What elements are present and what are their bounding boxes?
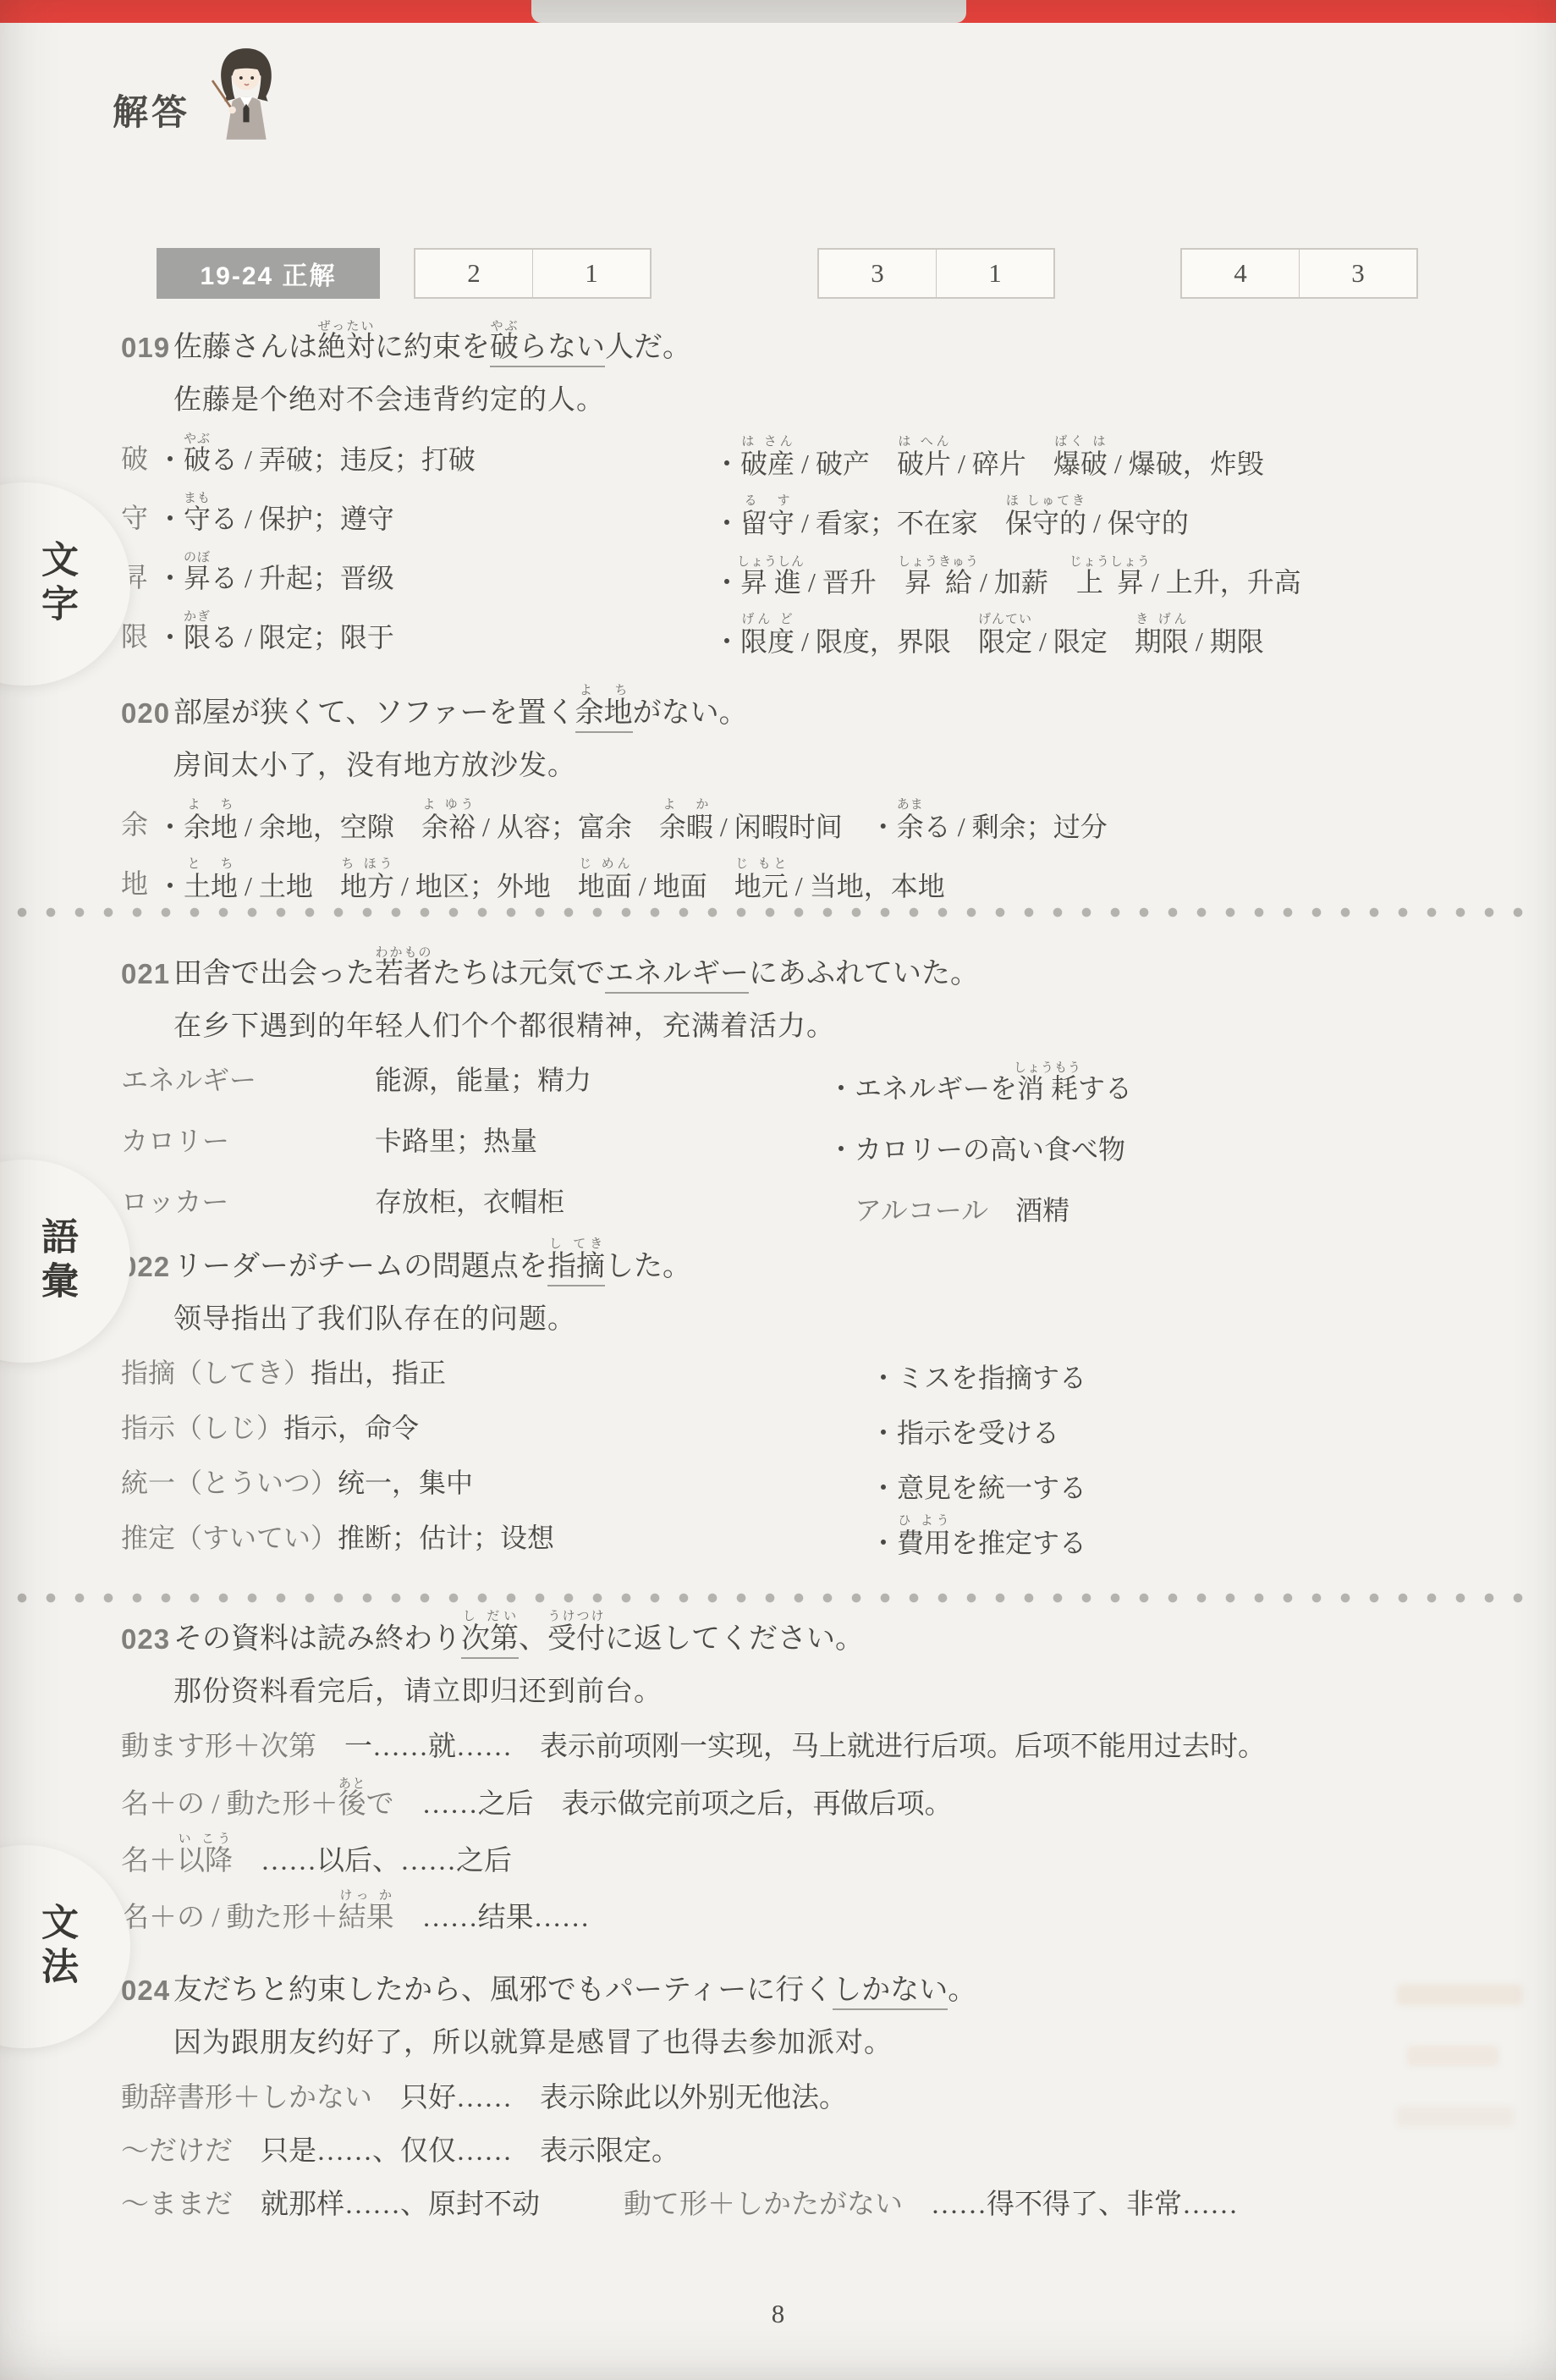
- kanji-row-left: ・昇のぼる / 升起；晋级: [157, 551, 394, 596]
- kanji-row-right: ・限度げん ど / 限度，界限 限定げんてい / 限定 期限き げん / 期限: [713, 613, 1264, 659]
- vocab-meaning: 存放柜，衣帽柜: [375, 1181, 564, 1220]
- side-tab-bunpo: 文法: [0, 1845, 135, 2048]
- vocab-rows: エネルギー 能源，能量；精力 ・エネルギーを消耗しょうもうする カロリー 卡路里…: [121, 1059, 1526, 1228]
- question-sentence: 020 部屋が狭くて、ソファーを置く余地よ ちがない。: [121, 684, 1526, 730]
- question-number: 021: [121, 958, 173, 990]
- vocab-example: アルコール 酒精: [827, 1189, 1069, 1228]
- answer-box-group-1: 2 1: [414, 248, 652, 299]
- answer-cell-21: 3: [819, 250, 936, 297]
- vocab-word: ロッカー: [121, 1181, 368, 1220]
- vocab-row: エネルギー 能源，能量；精力 ・エネルギーを消耗しょうもうする: [121, 1059, 1526, 1106]
- dotted-separator: [17, 1593, 1539, 1603]
- grammar-row: 動辞書形＋しかない 只好…… 表示除此以外别无他法。: [121, 2075, 1526, 2118]
- vocab-rows: 指摘（してき）指出，指正 ・ミスを指摘する 指示（しじ）指示，命令 ・指示を受け…: [121, 1352, 1526, 1561]
- question-number: 020: [121, 697, 173, 730]
- vocab-example: ・指示を受ける: [870, 1412, 1059, 1451]
- side-tab-moji: 文字: [0, 482, 135, 686]
- question-number: 023: [121, 1623, 173, 1656]
- question-block-020: 020 部屋が狭くて、ソファーを置く余地よ ちがない。 房间太小了，没有地方放沙…: [121, 684, 1526, 917]
- japanese-sentence: 友だちと約束したから、風邪でもパーティーに行くしかない。: [173, 1974, 976, 2007]
- question-sentence: 023 その資料は読み終わり次第し だい、受付うけつけに返してください。: [121, 1610, 1526, 1656]
- side-tab-label: 文字: [29, 540, 83, 628]
- vocab-word-meaning: 統一（とういつ）统一，集中: [121, 1468, 473, 1498]
- vocab-example: ・意見を統一する: [870, 1467, 1086, 1506]
- question-block-022: 022 リーダーがチームの問題点を指摘し てきした。 领导指出了我们队存在的问题…: [121, 1237, 1526, 1572]
- grammar-row: 動ます形＋次第 一……就…… 表示前项刚一实现，马上就进行后项。后项不能用过去时…: [121, 1724, 1526, 1766]
- vocab-example: ・カロリーの高い食べ物: [827, 1128, 1125, 1167]
- answer-cell-23: 4: [1182, 250, 1299, 297]
- chinese-translation: 领导指出了我们队存在的问题。: [173, 1297, 1526, 1336]
- grammar-row: 名＋の / 動た形＋結果けっ か ……结果……: [121, 1889, 1526, 1935]
- vocab-word: エネルギー: [121, 1059, 368, 1098]
- question-sentence: 024 友だちと約束したから、風邪でもパーティーに行くしかない。: [121, 1974, 1526, 2007]
- kanji-row: 破 ・破やぶる / 弄破；违反；打破 ・破産は さん / 破产 破片は へん /…: [121, 432, 1526, 482]
- answer-cell-20: 1: [532, 250, 650, 297]
- grammar-row: 名＋の / 動た形＋後あとで ……之后 表示做完前项之后，再做后项。: [121, 1777, 1526, 1821]
- japanese-sentence: その資料は読み終わり次第し だい、受付うけつけに返してください。: [173, 1610, 864, 1656]
- vocab-row: 統一（とういつ）统一，集中 ・意見を統一する: [121, 1462, 1526, 1506]
- grammar-row: 名＋以降い こう ……以后、……之后: [121, 1832, 1526, 1878]
- dotted-separator: [17, 907, 1539, 917]
- top-band-notch: [531, 0, 966, 23]
- vocab-row: 推定（すいてい）推断；估计；设想 ・費用ひ ようを推定する: [121, 1517, 1526, 1561]
- answer-key-row: 19-24 正解 2 1 3 1 4 3: [157, 248, 1418, 299]
- chinese-translation: 佐藤是个绝对不会违背约定的人。: [173, 377, 1526, 417]
- teacher-girl-illustration: [202, 44, 290, 144]
- question-block-023: 023 その資料は読み終わり次第し だい、受付うけつけに返してください。 那份资…: [121, 1610, 1526, 1946]
- kanji-explanation-rows: 余 ・余地よ ち / 余地，空隙 余裕よ ゆう / 从容；富余 余暇よ か / …: [121, 798, 1526, 906]
- vocab-row: 指摘（してき）指出，指正 ・ミスを指摘する: [121, 1352, 1526, 1396]
- side-tab-goi: 語彙: [0, 1160, 135, 1363]
- grammar-rows: 動ます形＋次第 一……就…… 表示前项刚一实现，马上就进行后项。后项不能用过去时…: [121, 1724, 1526, 1935]
- answer-box-group-2: 3 1: [817, 248, 1055, 299]
- side-tab-label: 語彙: [29, 1217, 83, 1305]
- top-red-band: [0, 0, 1556, 23]
- kanji-explanation-rows: 破 ・破やぶる / 弄破；违反；打破 ・破産は さん / 破产 破片は へん /…: [121, 432, 1526, 659]
- vocab-meaning: 能源，能量；精力: [375, 1059, 591, 1098]
- answer-cell-19: 2: [415, 250, 532, 297]
- grammar-row: ～ままだ 就那样……、原封不动 動て形＋しかたがない ……得不得了、非常……: [121, 2182, 1526, 2224]
- kanji-row-left: ・守まもる / 保护；遵守: [157, 492, 394, 537]
- japanese-sentence: 部屋が狭くて、ソファーを置く余地よ ちがない。: [173, 684, 748, 730]
- chinese-translation: 因为跟朋友约好了，所以就算是感冒了也得去参加派对。: [173, 2020, 1526, 2060]
- question-sentence: 019 佐藤さんは絶対ぜったいに約束を破やぶらない人だ。: [121, 320, 1526, 364]
- kanji-label: 地: [121, 862, 148, 901]
- vocab-word: カロリー: [121, 1120, 368, 1159]
- question-block-021: 021 田舎で出会った若者わかものたちは元気でエネルギーにあふれていた。 在乡下…: [121, 946, 1526, 1242]
- kanji-label: 破: [121, 438, 148, 477]
- answer-cell-22: 1: [936, 250, 1053, 297]
- kanji-row-left: ・限かぎる / 限定；限于: [157, 610, 394, 655]
- kanji-row: 昇 ・昇のぼる / 升起；晋级 ・昇進しょうしん / 晋升 昇給しょうきゅう /…: [121, 551, 1526, 600]
- vocab-row: ロッカー 存放柜，衣帽柜 アルコール 酒精: [121, 1181, 1526, 1228]
- kanji-row: 守 ・守まもる / 保护；遵守 ・留守る す / 看家；不在家 保守的ほ しゅて…: [121, 492, 1526, 541]
- answer-range-badge: 19-24 正解: [157, 248, 380, 299]
- kanji-row: 余 ・余地よ ち / 余地，空隙 余裕よ ゆう / 从容；富余 余暇よ か / …: [121, 798, 1526, 847]
- vocab-row: 指示（しじ）指示，命令 ・指示を受ける: [121, 1407, 1526, 1451]
- grammar-rows: 動辞書形＋しかない 只好…… 表示除此以外别无他法。 ～だけだ 只是……、仅仅……: [121, 2075, 1526, 2224]
- vocab-meaning: 卡路里；热量: [375, 1120, 537, 1159]
- page-number: 8: [0, 2299, 1556, 2329]
- chinese-translation: 在乡下遇到的年轻人们个个都很精神，充满着活力。: [173, 1004, 1526, 1044]
- vocab-example: ・費用ひ ようを推定する: [870, 1514, 1086, 1561]
- kanji-label: 余: [121, 803, 148, 842]
- answer-box-group-3: 4 3: [1180, 248, 1418, 299]
- chinese-translation: 房间太小了，没有地方放沙发。: [173, 743, 1526, 783]
- ink-bleed-through: [1396, 1984, 1548, 2167]
- vocab-example: ・エネルギーを消耗しょうもうする: [827, 1061, 1132, 1106]
- kanji-row: 地 ・土地と ち / 土地 地方ち ほう / 地区；外地 地面じ めん / 地面…: [121, 857, 1526, 906]
- grammar-row: ～だけだ 只是……、仅仅…… 表示限定。: [121, 2129, 1526, 2171]
- kanji-row-right: ・破産は さん / 破产 破片は へん / 碎片 爆破ばく は / 爆破，炸毁: [713, 435, 1264, 482]
- kanji-row-left: ・破やぶる / 弄破；违反；打破: [157, 432, 476, 477]
- kanji-row: 限 ・限かぎる / 限定；限于 ・限度げん ど / 限度，界限 限定げんてい /…: [121, 610, 1526, 659]
- vocab-word-meaning: 指示（しじ）指示，命令: [121, 1413, 419, 1443]
- japanese-sentence: 田舎で出会った若者わかものたちは元気でエネルギーにあふれていた。: [173, 946, 979, 990]
- vocab-word-meaning: 推定（すいてい）推断；估计；设想: [121, 1523, 554, 1553]
- kanji-row-left: ・余地よ ち / 余地，空隙 余裕よ ゆう / 从容；富余 余暇よ か / 闲暇…: [157, 798, 1108, 845]
- side-tab-label: 文法: [29, 1903, 83, 1991]
- question-block-024: 024 友だちと約束したから、風邪でもパーティーに行くしかない。 因为跟朋友约好…: [121, 1974, 1526, 2235]
- kanji-row-right: ・留守る す / 看家；不在家 保守的ほ しゅてき / 保守的: [713, 494, 1189, 541]
- question-number: 019: [121, 332, 173, 364]
- chinese-translation: 那份资料看完后，请立即归还到前台。: [173, 1669, 1526, 1709]
- japanese-sentence: 佐藤さんは絶対ぜったいに約束を破やぶらない人だ。: [173, 320, 691, 364]
- question-sentence: 022 リーダーがチームの問題点を指摘し てきした。: [121, 1237, 1526, 1283]
- scanned-textbook-page: 解答 19-24 正解 2 1 3 1 4 3: [0, 0, 1556, 2380]
- question-block-019: 019 佐藤さんは絶対ぜったいに約束を破やぶらない人だ。 佐藤是个绝对不会违背约…: [121, 320, 1526, 669]
- answer-header: 解答: [113, 44, 290, 144]
- vocab-word-meaning: 指摘（してき）指出，指正: [121, 1358, 446, 1388]
- kanji-row-left: ・土地と ち / 土地 地方ち ほう / 地区；外地 地面じ めん / 地面 地…: [157, 857, 945, 904]
- answer-cell-24: 3: [1299, 250, 1416, 297]
- answer-header-title: 解答: [113, 85, 190, 135]
- japanese-sentence: リーダーがチームの問題点を指摘し てきした。: [173, 1237, 691, 1283]
- vocab-row: カロリー 卡路里；热量 ・カロリーの高い食べ物: [121, 1120, 1526, 1167]
- question-sentence: 021 田舎で出会った若者わかものたちは元気でエネルギーにあふれていた。: [121, 946, 1526, 990]
- kanji-row-right: ・昇進しょうしん / 晋升 昇給しょうきゅう / 加薪 上昇じょうしょう / 上…: [713, 555, 1301, 600]
- vocab-example: ・ミスを指摘する: [870, 1357, 1086, 1396]
